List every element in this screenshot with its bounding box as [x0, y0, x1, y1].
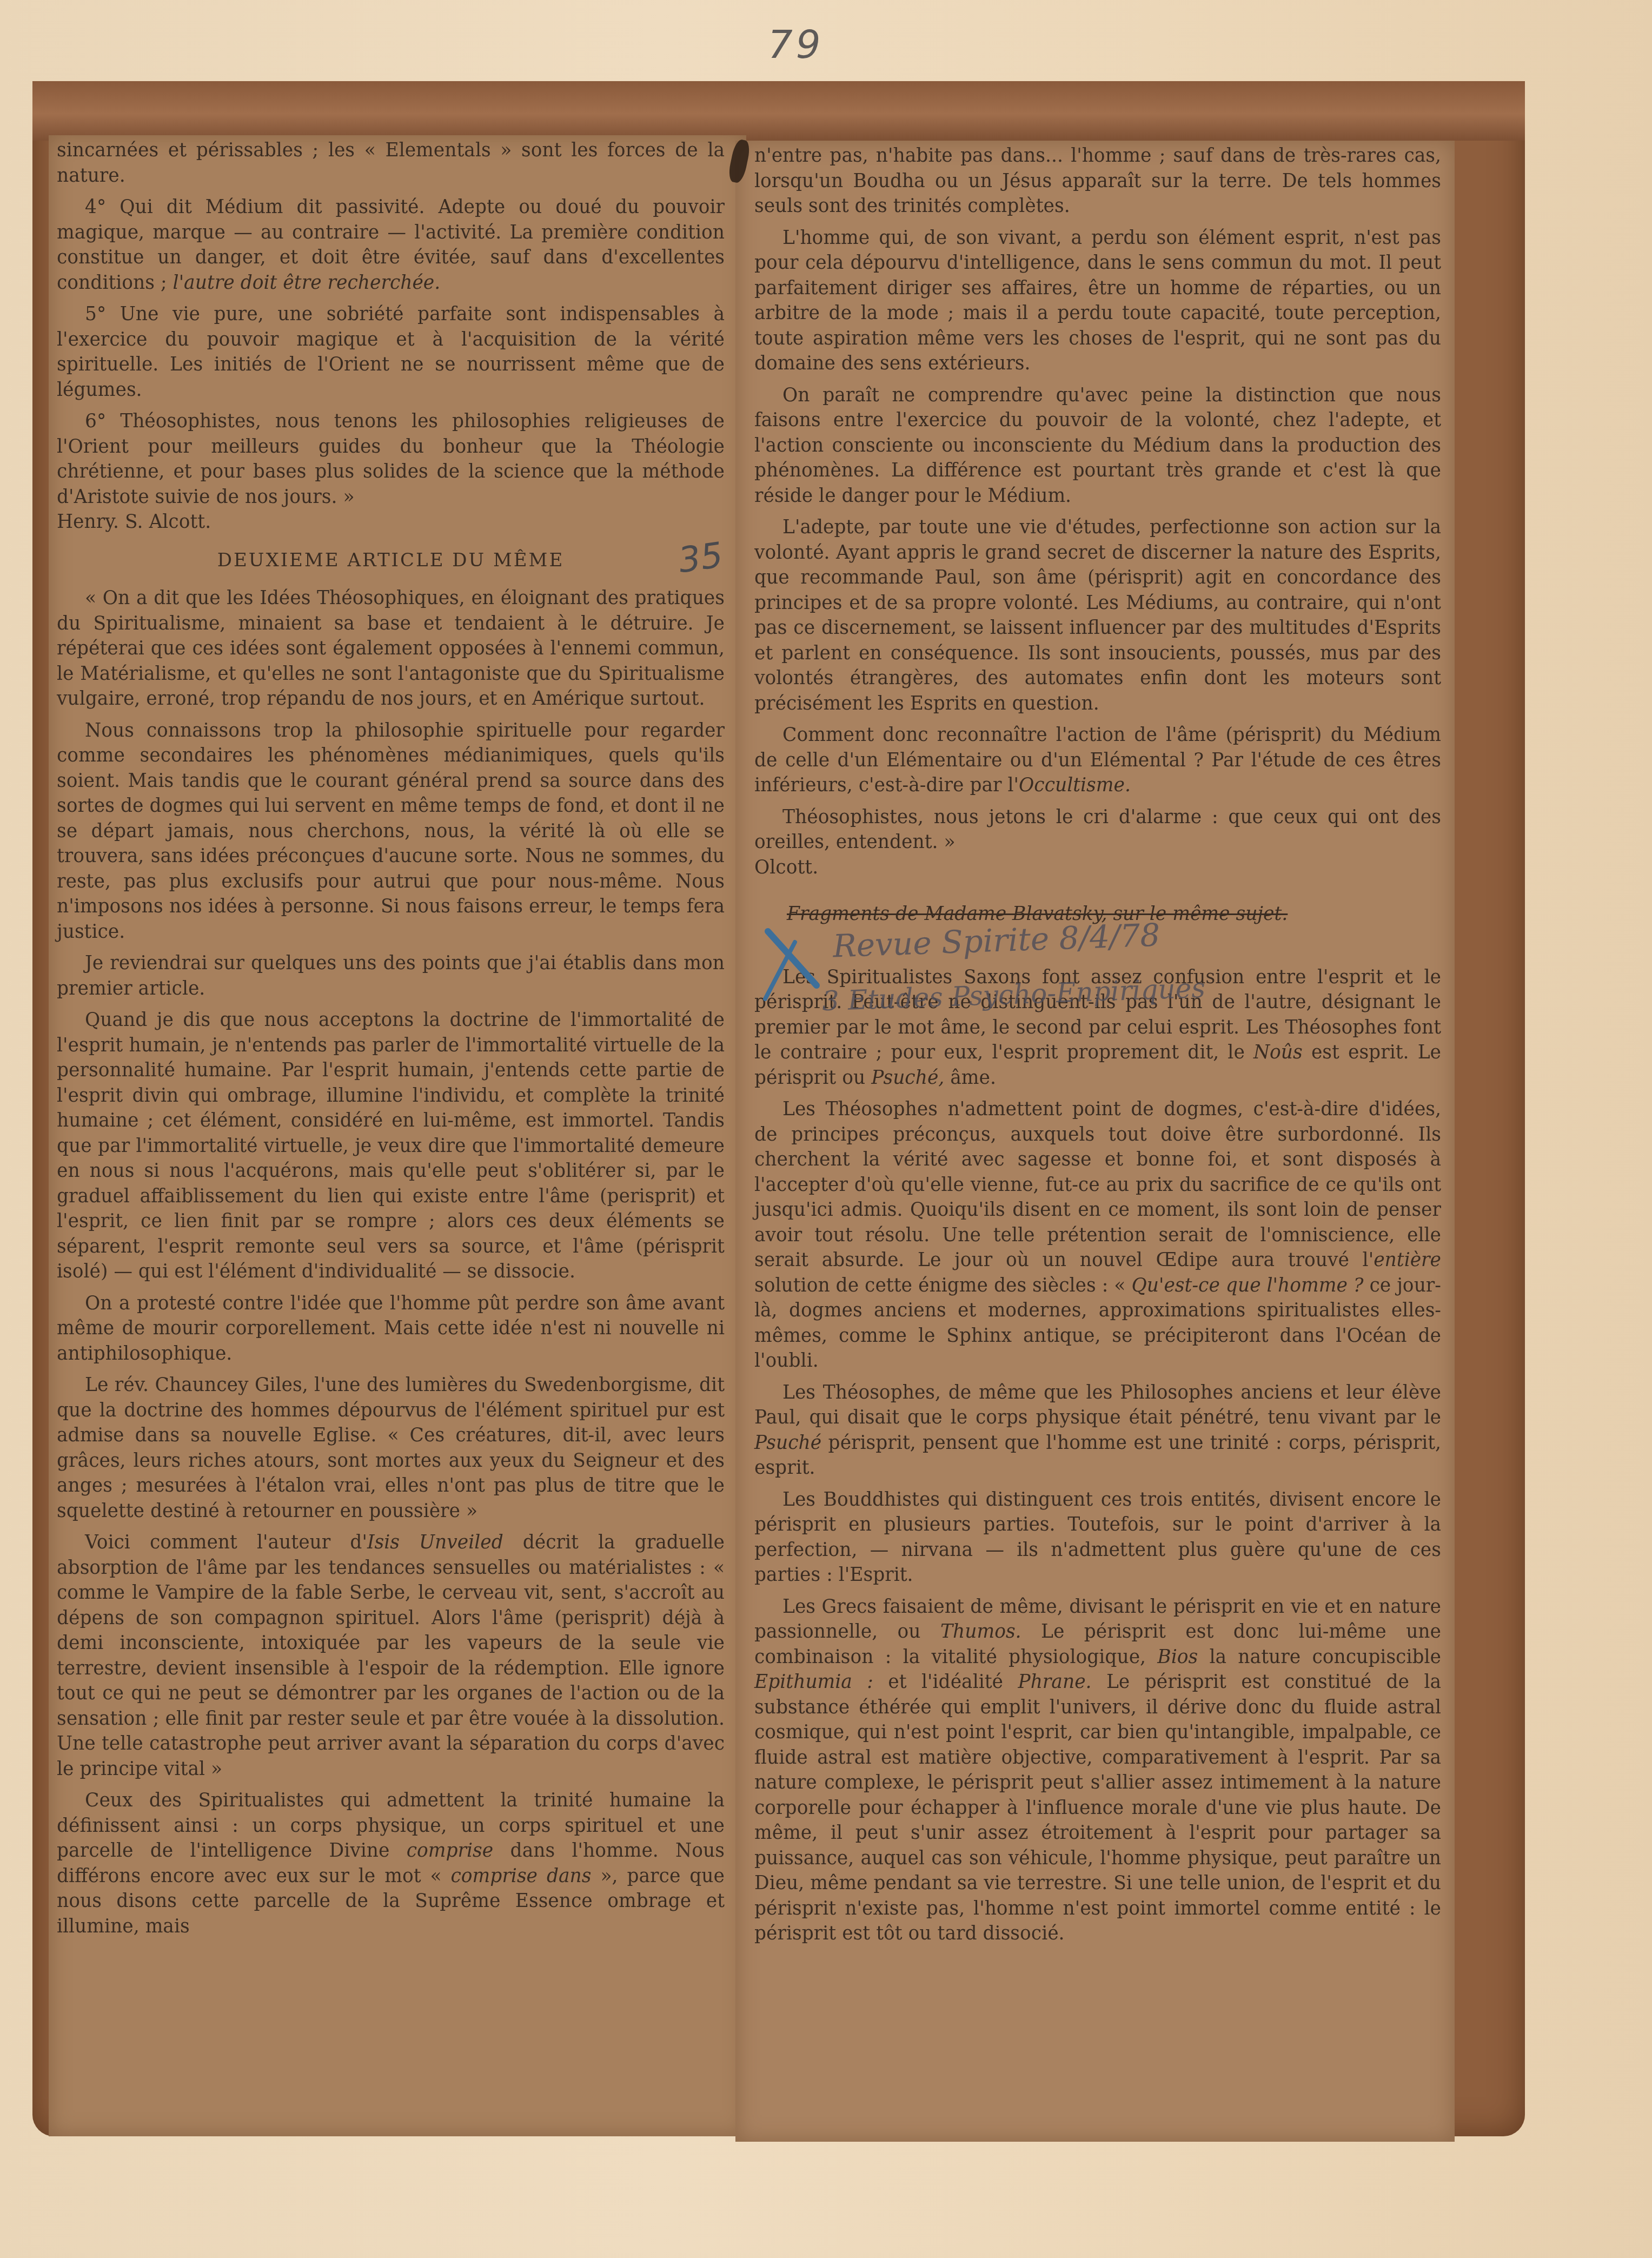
paragraph: Les Grecs faisaient de même, divisant le… [754, 1594, 1441, 1946]
paragraph: Nous connaissons trop la philosophie spi… [57, 718, 725, 945]
paragraph: Comment donc reconnaître l'action de l'â… [754, 723, 1441, 798]
paragraph: Je reviendrai sur quelques uns des point… [57, 951, 725, 1001]
paragraph: Les Bouddhistes qui distinguent ces troi… [754, 1487, 1441, 1588]
paragraph: Les Théosophes n'admettent point de dogm… [754, 1097, 1441, 1374]
paragraph: 4° Qui dit Médium dit passivité. Adepte … [57, 195, 725, 295]
paragraph: L'homme qui, de son vivant, a perdu son … [754, 226, 1441, 376]
right-column: n'entre pas, n'habite pas dans... l'homm… [754, 143, 1441, 1946]
section-heading: DEUXIEME ARTICLE DU MÊME [57, 548, 725, 573]
paragraph: Les Théosophes, de même que les Philosop… [754, 1380, 1441, 1481]
paragraph: Théosophistes, nous jetons le cri d'alar… [754, 805, 1441, 855]
paragraph: Le rév. Chauncey Giles, l'une des lumièr… [57, 1373, 725, 1524]
paragraph: n'entre pas, n'habite pas dans... l'homm… [754, 143, 1441, 219]
paragraph: « On a dit que les Idées Théosophiques, … [57, 586, 725, 712]
signature: Olcott. [754, 855, 1441, 880]
paragraph: Ceux des Spiritualistes qui admettent la… [57, 1788, 725, 1939]
paragraph: On a protesté contre l'idée que l'homme … [57, 1291, 725, 1367]
paragraph: sincarnées et périssables ; les « Elemen… [57, 138, 725, 188]
paragraph: Voici comment l'auteur d'Isis Unveiled d… [57, 1530, 725, 1782]
paragraph: 6° Théosophistes, nous tenons les philos… [57, 409, 725, 509]
scrapbook-page: 79 sincarnées et périssables ; les « Ele… [0, 0, 1652, 2258]
paragraph: On paraît ne comprendre qu'avec peine la… [754, 383, 1441, 509]
left-column: sincarnées et périssables ; les « Elemen… [57, 138, 725, 1939]
page-number: 79 [768, 22, 824, 67]
handwritten-margin-number: 35 [676, 535, 725, 581]
paragraph: Quand je dis que nous acceptons la doctr… [57, 1008, 725, 1284]
blue-pencil-cross-icon [757, 926, 822, 1002]
paragraph: 5° Une vie pure, une sobriété parfaite s… [57, 302, 725, 402]
signature: Henry. S. Alcott. [57, 509, 725, 535]
paragraph: L'adepte, par toute une vie d'études, pe… [754, 515, 1441, 716]
